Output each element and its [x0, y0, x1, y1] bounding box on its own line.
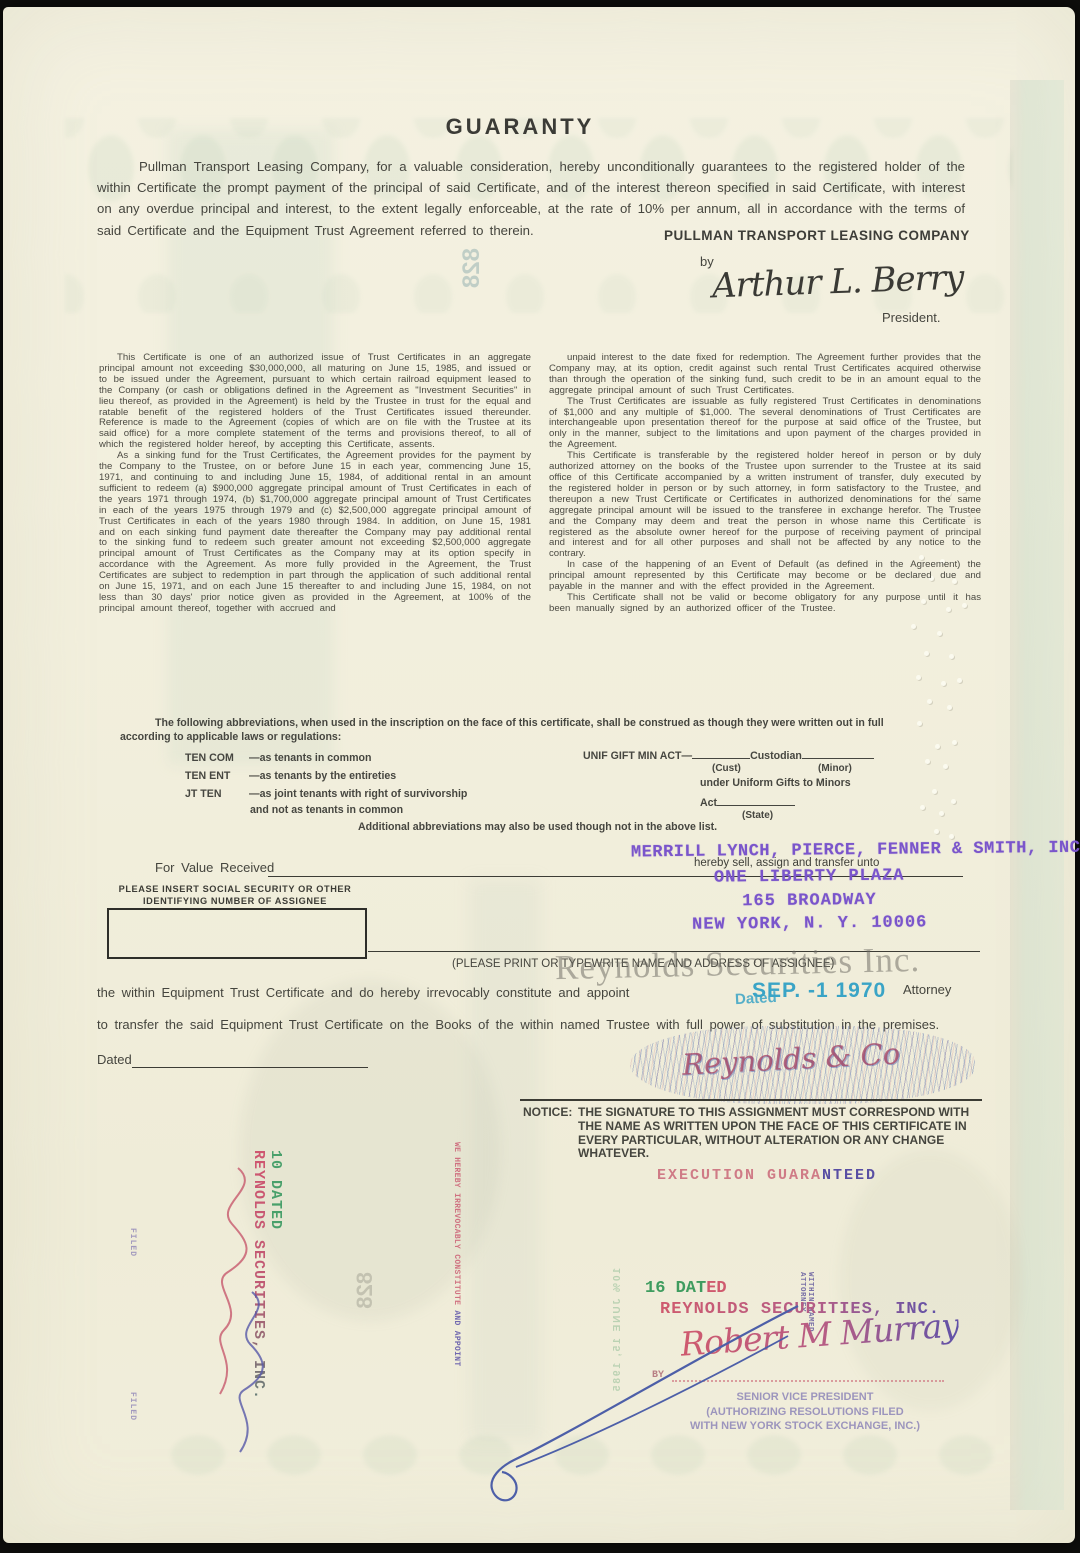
blank-line [692, 748, 750, 759]
abbr-ten-ent: TEN ENT—as tenants by the entireties [185, 770, 396, 782]
abbr-def: —as joint tenants with right of survivor… [249, 788, 467, 800]
blank-line [717, 795, 795, 806]
bleed-border-right [1010, 80, 1064, 1510]
unif-gift-line: UNIF GIFT MIN ACT—Custodian [583, 748, 874, 762]
abbr-jt-ten: JT TEN—as joint tenants with right of su… [185, 788, 467, 800]
stamp-text-red: WE HEREBY IRREVOCABLY CONSTITUTE [452, 1142, 461, 1310]
fine-print-paragraph: unpaid interest to the date fixed for re… [549, 353, 981, 397]
abbr-ten-com: TEN COM—as tenants in common [185, 752, 371, 764]
fine-print-paragraph: The Trust Certificates are issuable as f… [549, 397, 981, 452]
for-value-received-label: For Value Received [155, 860, 274, 875]
fine-print-paragraph: As a sinking fund for the Trust Certific… [99, 451, 531, 615]
president-label: President. [882, 310, 941, 325]
filed-stamp-small: FILED [128, 1392, 137, 1421]
cust-label: (Cust) [712, 763, 741, 774]
by-signature-line [672, 1368, 944, 1382]
dated-label: Dated [97, 1052, 132, 1067]
filed-stamp-small: FILED [128, 1228, 137, 1257]
scanned-certificate-back: 828 828 10% JUNE 15, 1985 GUARANTY Pullm… [0, 0, 1080, 1553]
president-signature: Arthur L. Berry [711, 258, 964, 307]
stamp-line: (AUTHORIZING RESOLUTIONS FILED [640, 1405, 970, 1420]
notice-label: NOTICE: [523, 1106, 572, 1120]
abbr-footnote: Additional abbreviations may also be use… [358, 821, 717, 833]
reynolds-securities-gray-stamp: Reynolds Securities Inc. [555, 940, 921, 988]
abbr-def: —as tenants in common [249, 752, 371, 764]
stamp-line: NEW YORK, N. Y. 10006 [610, 912, 1010, 935]
left-vertical-stamp: 10 DATED REYNOLDS SECURITIES, INC. [250, 1150, 284, 1450]
abbr-jt-ten-cont: and not as tenants in common [250, 804, 403, 816]
stamp-line: ONE LIBERTY PLAZA [609, 865, 1009, 888]
abbreviations-intro: The following abbreviations, when used i… [120, 716, 908, 744]
bleed-green-text: 10% JUNE 15, 1985 [612, 1268, 623, 1393]
minor-label: (Minor) [818, 763, 852, 774]
bleed-blob [840, 1150, 1020, 1410]
stamp-line-firm: REYNOLDS SECURITIES, INC. [250, 1150, 267, 1450]
reynolds-co-hatch-stamp: Reynolds & Co [630, 1026, 975, 1104]
fine-print-paragraph: This Certificate is transferable by the … [549, 451, 981, 560]
stamp-line-dated: 10 DATED [267, 1150, 284, 1450]
abbr-term: JT TEN [185, 788, 249, 800]
act-label: Act [700, 797, 717, 809]
custodian-label: Custodian [750, 750, 802, 762]
attorney-label: Attorney [903, 982, 951, 997]
by-label: BY [652, 1370, 664, 1381]
stamp-line: SENIOR VICE PRESIDENT [640, 1390, 970, 1405]
dated-blank-line [132, 1053, 368, 1068]
we-hereby-vertical-stamp: WE HEREBY IRREVOCABLY CONSTITUTE AND APP… [452, 1142, 461, 1482]
stamp-line: MERRILL LYNCH, PIERCE, FENNER & SMITH, I… [631, 839, 1080, 863]
ssn-instruction-line1: PLEASE INSERT SOCIAL SECURITY OR OTHER [85, 884, 385, 894]
unif-label: UNIF GIFT MIN ACT— [583, 750, 692, 762]
stamp-line: 165 BROADWAY [609, 889, 1009, 912]
state-label: (State) [742, 810, 773, 821]
ssn-box [107, 908, 367, 959]
under-ugma-label: under Uniform Gifts to Minors [700, 777, 851, 789]
notice-text: THE SIGNATURE TO THIS ASSIGNMENT MUST CO… [578, 1106, 982, 1161]
execution-guaranteed-stamp: EXECUTION GUARANTEED [657, 1167, 877, 1184]
abbr-term: TEN COM [185, 752, 249, 764]
fine-print-paragraph: This Certificate shall not be valid or b… [549, 593, 981, 615]
act-line: Act [700, 795, 795, 809]
fine-print-paragraph: In case of the happening of an Event of … [549, 560, 981, 593]
bleed-number-bottom: 828 [352, 1272, 378, 1309]
punch-holes-fill [0, 0, 4, 4]
fine-print-right-column: unpaid interest to the date fixed for re… [549, 353, 981, 615]
fine-print-left-column: This Certificate is one of an authorized… [99, 353, 531, 615]
dated-16-stamp: 16 DATED [645, 1279, 727, 1298]
company-name: PULLMAN TRANSPORT LEASING COMPANY [664, 228, 970, 243]
abbr-term: TEN ENT [185, 770, 249, 782]
officer-title-stamp: SENIOR VICE PRESIDENT (AUTHORIZING RESOL… [640, 1390, 970, 1434]
punch-holes-ring [0, 0, 5, 5]
ssn-instruction-line2: IDENTIFYING NUMBER OF ASSIGNEE [85, 896, 385, 906]
stamp-text-green: 16 DAT [645, 1279, 706, 1298]
fine-print-paragraph: This Certificate is one of an authorized… [99, 353, 531, 451]
abbr-def: —as tenants by the entireties [249, 770, 396, 782]
stamp-text-purple: NTEED [822, 1167, 877, 1184]
constitute-appoint-line: the within Equipment Trust Certificate a… [97, 985, 629, 1000]
stamp-line: WITH NEW YORK STOCK EXCHANGE, INC.) [640, 1419, 970, 1434]
stamp-text-purple: AND APPOINT [452, 1310, 461, 1366]
page-title: GUARANTY [400, 114, 640, 140]
reynolds-co-signature: Reynolds & Co [681, 1036, 901, 1081]
stamp-text-red: ED [706, 1279, 726, 1298]
notice-rule [520, 1099, 982, 1101]
stamp-text-red: EXECUTION GUARA [657, 1167, 822, 1184]
bleed-number-top: 828 [458, 248, 486, 288]
blank-line [802, 748, 874, 759]
